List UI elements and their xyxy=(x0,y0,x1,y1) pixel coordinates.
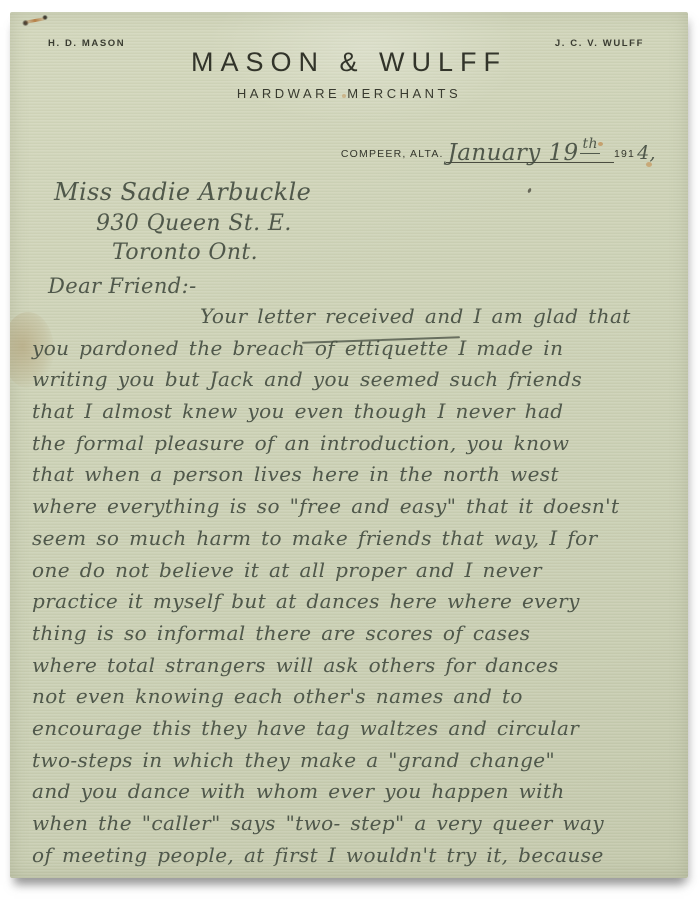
letterhead-company-name: MASON & WULFF xyxy=(10,47,688,78)
body-line: not even knowing each other's names and … xyxy=(32,681,676,713)
body-line: Your letter received and I am glad that xyxy=(32,301,676,333)
body-line: that I almost knew you even though I nev… xyxy=(32,396,676,428)
date-line: COMPEER, ALTA.January 19th1914, xyxy=(341,140,654,163)
body-line: when the "caller" says "two- step" a ver… xyxy=(32,808,676,840)
date-handwritten: January 19 xyxy=(448,140,579,166)
year-printed: 191 xyxy=(614,148,635,160)
recipient-city: Toronto Ont. xyxy=(112,240,258,265)
body-line: writing you but Jack and you seemed such… xyxy=(32,364,676,396)
body-line: practice it myself but at dances here wh… xyxy=(32,586,676,618)
body-line: seem so much harm to make friends that w… xyxy=(32,523,676,555)
body-line: the formal pleasure of an introduction, … xyxy=(32,428,676,460)
body-line: you pardoned the breach of ettiquette I … xyxy=(32,333,676,365)
recipient-name: Miss Sadie Arbuckle xyxy=(54,178,311,206)
letter-body: Your letter received and I am glad that … xyxy=(32,301,676,871)
body-line: and you dance with whom ever you happen … xyxy=(32,776,676,808)
body-line: where total strangers will ask others fo… xyxy=(32,650,676,682)
recipient-street: 930 Queen St. E. xyxy=(96,211,292,236)
letter-page: H. D. MASON J. C. V. WULFF MASON & WULFF… xyxy=(10,12,688,878)
body-line: one do not believe it at all proper and … xyxy=(32,555,676,587)
body-line: that when a person lives here in the nor… xyxy=(32,459,676,491)
year-handwritten: 4, xyxy=(637,142,656,164)
letterhead-company-subtitle: HARDWARE MERCHANTS xyxy=(10,86,688,101)
body-line: encourage this they have tag waltzes and… xyxy=(32,713,676,745)
body-line: where everything is so "free and easy" t… xyxy=(32,491,676,523)
salutation: Dear Friend:- xyxy=(48,274,197,298)
rust-streak xyxy=(25,17,45,23)
place-printed: COMPEER, ALTA. xyxy=(341,148,444,160)
date-ordinal: th xyxy=(580,136,599,154)
body-line: two-steps in which they make a "grand ch… xyxy=(32,745,676,777)
date-rule: January 19th xyxy=(446,145,614,163)
body-line: thing is so informal there are scores of… xyxy=(32,618,676,650)
scanned-letter-image: { "document": { "kind": "handwritten let… xyxy=(0,0,700,901)
body-line: of meeting people, at first I wouldn't t… xyxy=(32,840,676,872)
paper-speck xyxy=(527,188,532,194)
